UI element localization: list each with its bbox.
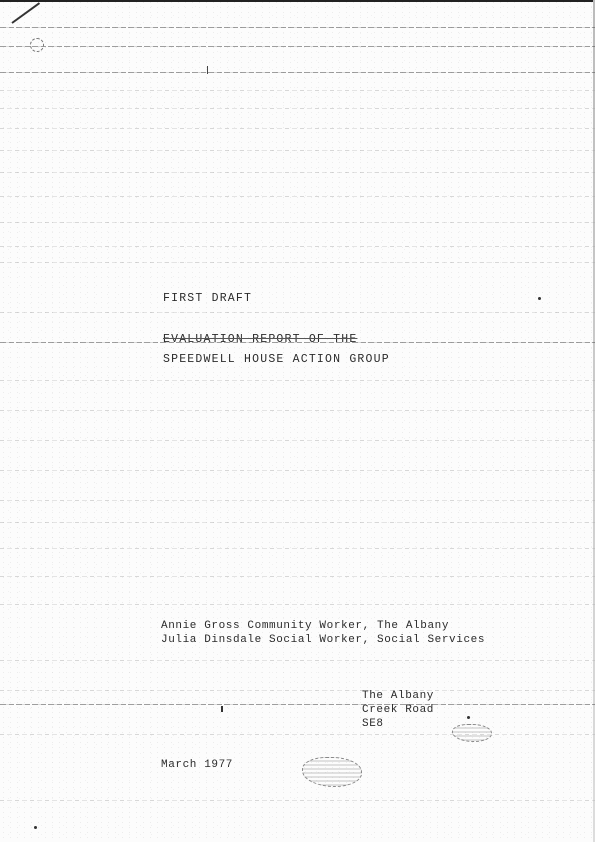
scan-line — [0, 604, 595, 605]
circle-mark — [30, 38, 44, 52]
scan-line — [0, 470, 595, 471]
scan-line — [0, 410, 595, 411]
report-date: March 1977 — [161, 758, 233, 772]
speck-dot — [221, 706, 223, 712]
author-line: Julia Dinsdale Social Worker, Social Ser… — [161, 633, 485, 647]
address-line: Creek Road — [362, 703, 434, 717]
scan-line — [0, 128, 595, 129]
scan-line — [0, 440, 595, 441]
scan-line — [0, 196, 595, 197]
scan-line — [0, 800, 595, 801]
scan-line — [0, 27, 595, 28]
ink-smudge — [452, 724, 492, 742]
page-top-edge — [0, 0, 595, 2]
scan-line — [0, 548, 595, 549]
scan-line — [0, 660, 595, 661]
scan-line — [0, 222, 595, 223]
scan-line — [0, 108, 595, 109]
scan-line — [0, 576, 595, 577]
scan-line — [0, 690, 595, 691]
scan-line — [0, 90, 595, 91]
scan-line — [0, 46, 595, 47]
scan-line — [0, 312, 595, 313]
scan-noise — [0, 0, 595, 842]
scan-line — [0, 704, 595, 705]
scan-line — [0, 172, 595, 173]
scanned-page: FIRST DRAFT EVALUATION REPORT OF THE SPE… — [0, 0, 595, 842]
speck-dot — [34, 826, 37, 829]
scan-line — [0, 246, 595, 247]
scan-line — [0, 380, 595, 381]
scan-line — [0, 150, 595, 151]
scan-line — [0, 72, 595, 73]
draft-label: FIRST DRAFT — [163, 292, 252, 306]
scan-line — [0, 500, 595, 501]
tick-mark — [207, 66, 208, 74]
scan-line — [0, 262, 595, 263]
report-title-line-2: SPEEDWELL HOUSE ACTION GROUP — [163, 353, 390, 367]
speck-dot — [467, 716, 470, 719]
address-line: The Albany — [362, 689, 434, 703]
scan-line — [0, 522, 595, 523]
report-title-line-1: EVALUATION REPORT OF THE — [163, 333, 357, 347]
speck-dot — [538, 297, 541, 300]
author-line: Annie Gross Community Worker, The Albany — [161, 619, 449, 633]
address-line: SE8 — [362, 717, 384, 731]
scan-line — [0, 734, 595, 735]
